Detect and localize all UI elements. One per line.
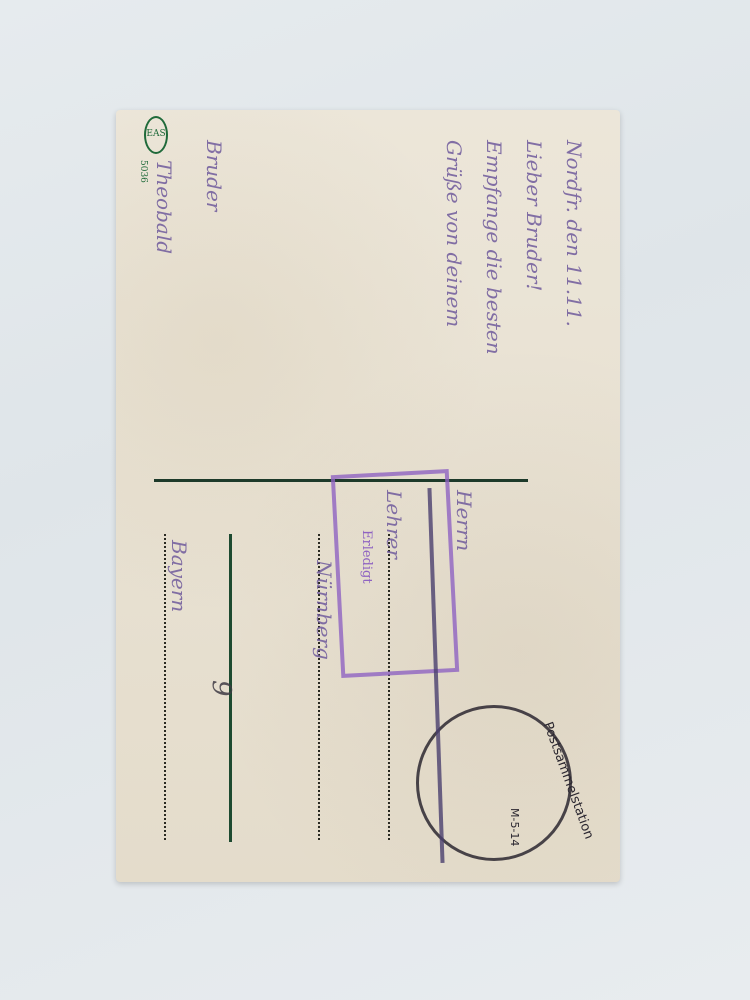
signature: Theobald [152, 160, 176, 254]
print-number: 5036 [138, 160, 148, 183]
postcard-back: EAS 5036 Nordfr. den 11.11. Lieber Brude… [116, 110, 620, 882]
message-line: Lieber Bruder! [522, 140, 546, 291]
pencil-mark: 9 [206, 680, 236, 697]
publisher-logo: EAS [144, 116, 168, 154]
address-line-text: Nürnberg [312, 560, 336, 660]
address-line-text: Herrn [452, 490, 476, 551]
message-line: Nordfr. den 11.11. [562, 140, 586, 327]
address-dotted-line [164, 534, 166, 840]
message-line: Bruder [202, 140, 226, 211]
message-line: Grüße von deinem [442, 140, 466, 327]
violet-censor-stamp [331, 469, 459, 678]
message-line: Empfange die besten [482, 140, 506, 355]
postmark-date: M-5-14 [508, 808, 521, 846]
address-line-text: Bayern [167, 540, 191, 612]
violet-stamp-text: Erledigt [359, 530, 374, 584]
